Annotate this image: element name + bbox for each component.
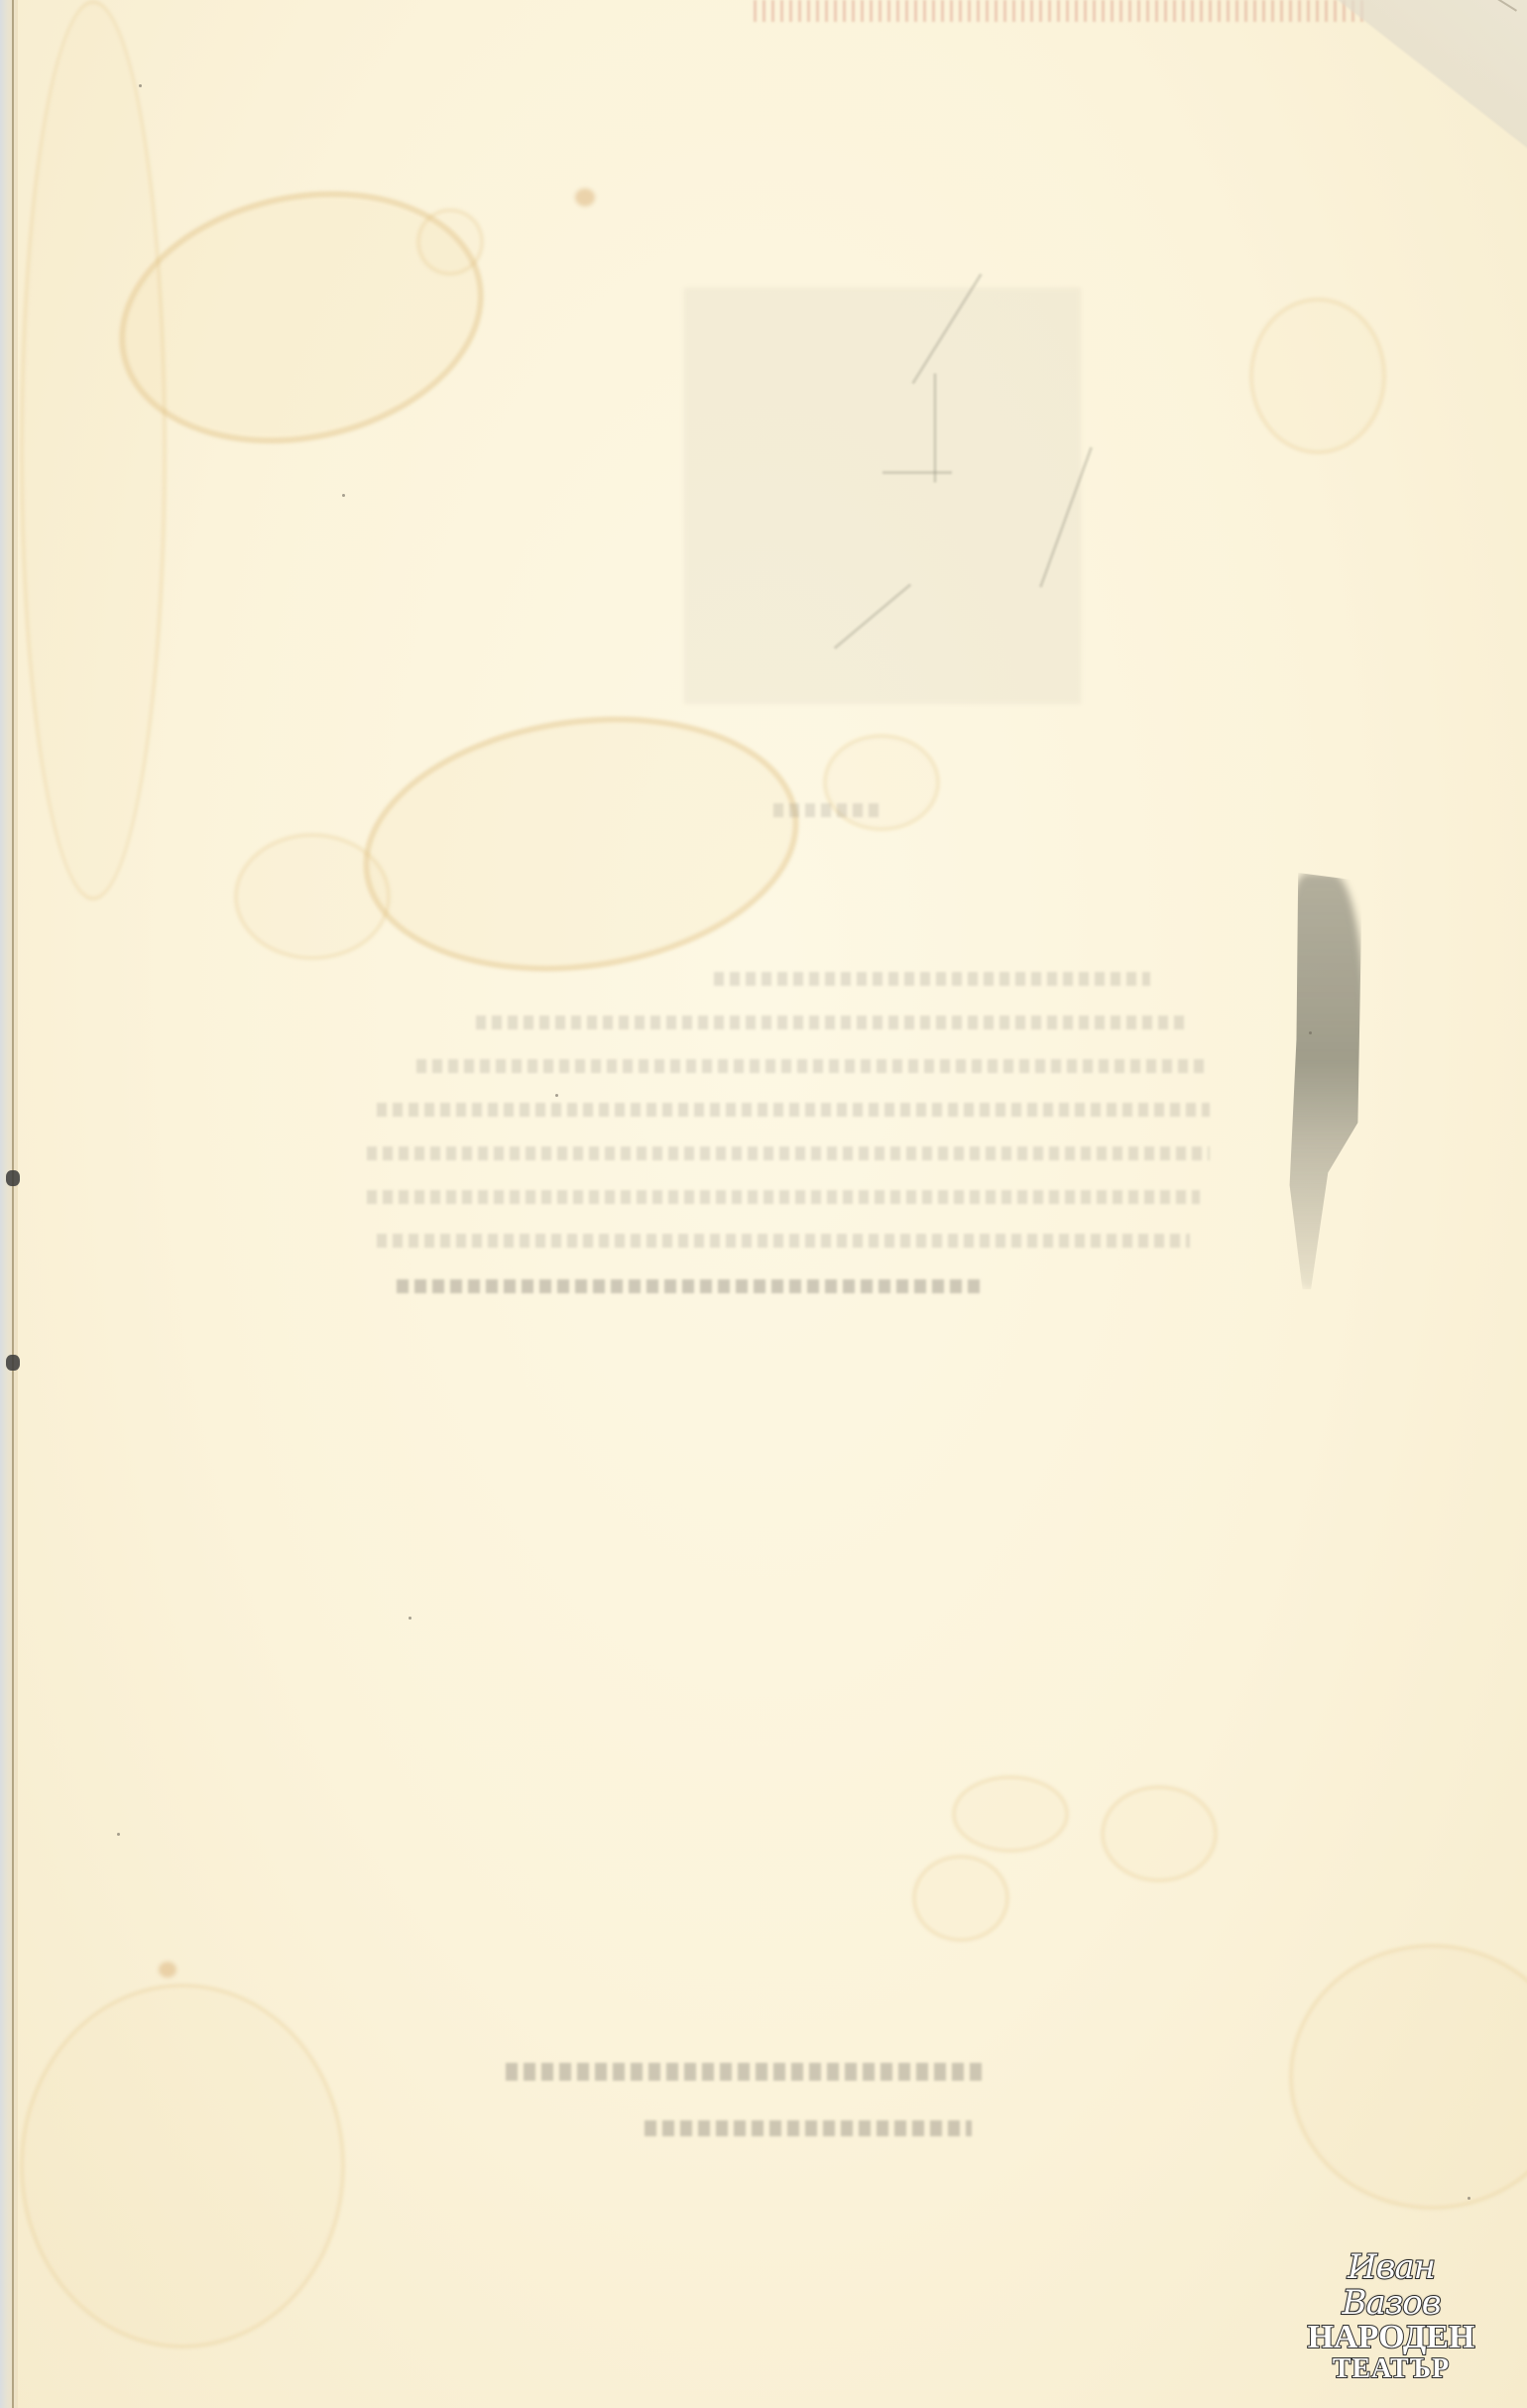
tide-stain <box>912 1855 1009 1942</box>
bleed-through-text <box>377 1103 1210 1117</box>
folded-corner <box>1265 0 1527 180</box>
national-theatre-watermark: Иван Вазов НАРОДЕН ТЕАТЪР <box>1307 2249 1475 2384</box>
ghost-stroke <box>934 374 937 483</box>
watermark-script-name: Иван Вазов <box>1307 2249 1475 2321</box>
tide-stain <box>1101 1785 1218 1882</box>
bleed-through-text <box>377 1234 1190 1248</box>
staple-bottom <box>6 1355 20 1371</box>
top-ink-smear <box>754 0 1368 22</box>
edge-stain <box>20 0 167 901</box>
tide-stain <box>952 1775 1069 1853</box>
tide-stain <box>1289 1944 1527 2210</box>
watermark-line1: НАРОДЕН <box>1307 2321 1475 2354</box>
ghost-stroke <box>882 471 952 474</box>
stain-blot <box>159 1962 176 1978</box>
bleed-through-text <box>476 1016 1190 1029</box>
document-page: Иван Вазов НАРОДЕН ТЕАТЪР <box>0 0 1527 2408</box>
watermark-line2: ТЕАТЪР <box>1307 2354 1475 2384</box>
speck <box>555 1094 558 1097</box>
tide-stain <box>347 689 816 998</box>
speck <box>342 494 345 497</box>
spine-fold-line <box>12 0 14 2408</box>
speck <box>1309 1031 1312 1034</box>
bleed-through-text <box>367 1190 1200 1204</box>
binding-spine <box>0 0 18 2408</box>
tide-stain <box>416 208 484 276</box>
bleed-through-text <box>416 1059 1210 1073</box>
bleed-through-text <box>397 1279 982 1293</box>
speck <box>409 1617 411 1620</box>
bleed-through-text <box>714 972 1150 986</box>
tide-stain <box>234 833 391 960</box>
tide-stain <box>1249 298 1386 454</box>
graphite-smudge <box>1281 873 1366 1289</box>
bleed-through-text <box>773 803 882 817</box>
bleed-through-illustration <box>684 288 1081 704</box>
bleed-through-text <box>645 2120 972 2136</box>
tide-stain <box>20 1984 345 2348</box>
stain-blot <box>575 188 595 206</box>
speck <box>139 84 142 87</box>
speck <box>1468 2197 1470 2200</box>
staple-top <box>6 1170 20 1186</box>
speck <box>117 1833 120 1836</box>
bleed-through-text <box>506 2063 982 2081</box>
bleed-through-text <box>367 1146 1210 1160</box>
